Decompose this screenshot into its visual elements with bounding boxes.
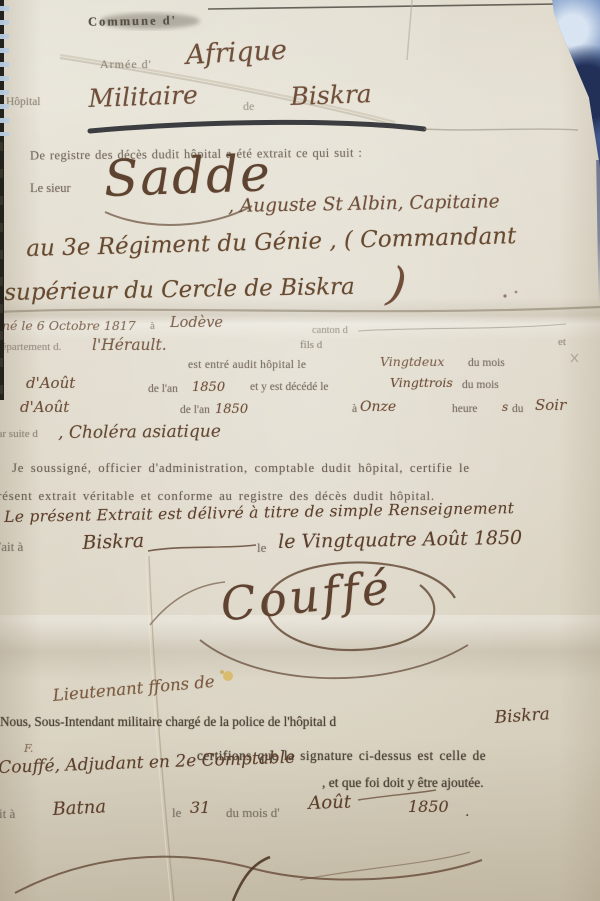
handwritten-afrique: Afrique bbox=[185, 35, 288, 71]
ink-dot bbox=[515, 291, 518, 294]
printed-et: et bbox=[558, 336, 566, 348]
ink-dot bbox=[503, 294, 506, 297]
blue-cloth-right-sliver bbox=[593, 160, 600, 305]
handwritten-cholera: , Choléra asiatique bbox=[58, 422, 221, 443]
canton-strike-squiggle bbox=[358, 324, 566, 331]
header-rule-tail bbox=[424, 129, 578, 130]
document-photo: Commune d' Armée d' Hôpital de De regist… bbox=[0, 0, 600, 901]
printed-de-lan-2: de l'an bbox=[180, 404, 210, 416]
printed-par-suite: par suite d bbox=[0, 428, 38, 440]
printed-commune: Commune d' bbox=[88, 13, 177, 30]
blue-cloth-background-corner bbox=[508, 0, 600, 168]
handwritten-an-1850-entry: 1850 bbox=[192, 380, 225, 395]
bottom-flourish-arc bbox=[15, 857, 482, 893]
printed-fils: fils d bbox=[300, 339, 322, 351]
signature-couffe: Couffé bbox=[218, 560, 395, 632]
handwritten-aout-death: d'Août bbox=[20, 398, 69, 416]
handwritten-s-plural: s bbox=[502, 400, 508, 414]
printed-de-lan-1: de l'an bbox=[148, 383, 178, 395]
printed-du-mois-2: du mois bbox=[462, 379, 499, 391]
handwritten-superieur-cercle: supérieur du Cercle de Biskra bbox=[4, 274, 355, 306]
top-vertical-crease bbox=[407, 0, 412, 60]
printed-fait-a-2: Fait à bbox=[0, 806, 15, 822]
printed-fait-a-1: Fait à bbox=[0, 539, 23, 555]
printed-heure: heure bbox=[452, 403, 478, 415]
handwritten-naissance: né le 6 Octobre 1817 bbox=[2, 318, 136, 333]
bottom-flourish-stroke bbox=[233, 857, 270, 901]
signature-flourish-tail bbox=[200, 640, 468, 678]
handwritten-biskra-fait: Biskra bbox=[82, 530, 144, 554]
bottom-flourish-faint bbox=[300, 852, 470, 880]
printed-armee: Armée d' bbox=[100, 57, 152, 72]
yellow-stain-small bbox=[220, 670, 224, 674]
printed-departement: département d. bbox=[0, 341, 61, 353]
printed-a-time: à bbox=[352, 403, 357, 415]
handwritten-auguste-capitaine: , Auguste St Albin, Capitaine bbox=[228, 191, 500, 217]
fold-shadow-band-lower bbox=[0, 615, 600, 681]
handwritten-aout-final: Août bbox=[308, 792, 351, 814]
handwritten-jour-31: 31 bbox=[190, 798, 210, 817]
printed-de: de bbox=[243, 99, 254, 114]
handwritten-final-point: . bbox=[465, 804, 469, 820]
top-rule-line bbox=[208, 4, 558, 9]
printed-foi-ajoutee: , et que foi doit y être ajoutée. bbox=[322, 775, 484, 791]
handwritten-herault: l'Hérault. bbox=[92, 336, 167, 354]
handwritten-vingttrois: Vingttrois bbox=[390, 375, 453, 390]
asterisk-mark bbox=[571, 354, 578, 362]
handwritten-an-1850-final: 1850 bbox=[408, 797, 449, 816]
handwritten-an-1850-death: 1850 bbox=[215, 402, 248, 417]
printed-canton: canton d bbox=[312, 325, 348, 336]
printed-entre: est entré audit hôpital le bbox=[188, 359, 306, 371]
handwritten-soir: Soir bbox=[535, 396, 566, 414]
handwritten-lieutenant: Lieutenant ffons de bbox=[52, 672, 215, 705]
header-heavy-rule bbox=[90, 122, 424, 131]
handwritten-militaire: Militaire bbox=[88, 80, 198, 113]
handwritten-margin-mark: F. bbox=[24, 742, 33, 755]
left-perforated-edge bbox=[0, 6, 9, 136]
printed-nous-sous-intendant: Nous, Sous-Intendant militaire chargé de… bbox=[0, 714, 336, 730]
dash-after-biskra bbox=[148, 545, 256, 551]
handwritten-date-vingtquatre: le Vingtquatre Août 1850 bbox=[278, 527, 522, 553]
printed-le-1: le bbox=[257, 540, 266, 556]
printed-le-2: le bbox=[172, 805, 181, 821]
printed-le-sieur: Le sieur bbox=[30, 181, 71, 196]
handwritten-biskra-header: Biskra bbox=[290, 79, 372, 111]
handwritten-onze: Onze bbox=[360, 399, 396, 415]
horizontal-fold-line bbox=[0, 307, 600, 312]
handwritten-aout-entry: d'Août bbox=[26, 374, 75, 392]
printed-du: du bbox=[512, 403, 524, 415]
handwritten-regiment: au 3e Régiment du Génie , ( Commandant bbox=[26, 223, 517, 262]
left-edge-ticks bbox=[0, 142, 3, 394]
yellow-stain bbox=[223, 671, 233, 681]
handwritten-batna: Batna bbox=[52, 796, 107, 820]
printed-du-mois-1: du mois bbox=[468, 357, 505, 369]
printed-decede: et y est décédé le bbox=[250, 381, 329, 393]
printed-hopital: Hôpital bbox=[6, 96, 41, 108]
handwritten-vingtdeux: Vingtdeux bbox=[380, 354, 444, 369]
printed-certifie-line-1: Je soussigné, officier d'administration,… bbox=[12, 461, 470, 476]
handwritten-lodeve: Lodève bbox=[170, 315, 223, 331]
handwritten-closing-paren: ) bbox=[384, 256, 409, 312]
signature-lead-in bbox=[150, 582, 225, 625]
printed-a-birth: à bbox=[150, 320, 155, 332]
printed-du-mois-3: du mois d' bbox=[226, 805, 280, 821]
handwritten-biskra-certification: Biskra bbox=[494, 704, 550, 728]
handwritten-comptable-line: Couffé, Adjudant en 2e Comptable bbox=[0, 748, 295, 778]
